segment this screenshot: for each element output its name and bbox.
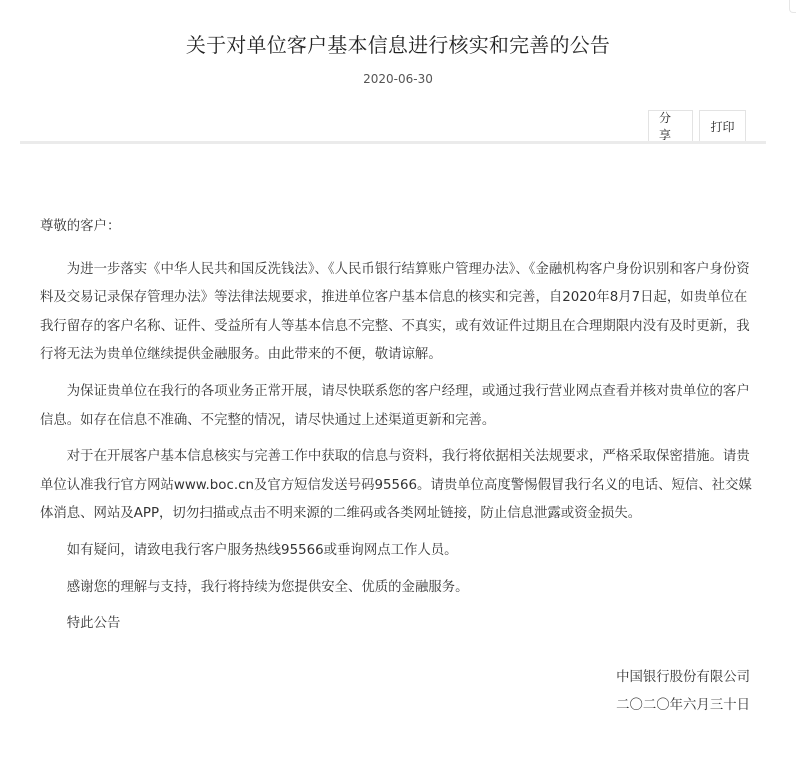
share-button[interactable]: 分享 bbox=[648, 110, 693, 141]
header-divider bbox=[20, 141, 766, 144]
paragraph-security-notice: 对于在开展客户基本信息核实与完善工作中获取的信息与资料，我行将依据相关法规要求，… bbox=[40, 443, 752, 529]
signature-date: 二〇二〇年六月三十日 bbox=[616, 692, 750, 720]
publish-date: 2020-06-30 bbox=[0, 70, 796, 88]
greeting: 尊敬的客户： bbox=[40, 213, 752, 242]
signature-block: 中国银行股份有限公司 二〇二〇年六月三十日 bbox=[616, 664, 750, 720]
paragraph-closing: 特此公告 bbox=[40, 610, 752, 639]
paragraph-contact-manager: 为保证贵单位在我行的各项业务正常开展，请尽快联系您的客户经理，或通过我行营业网点… bbox=[40, 378, 752, 435]
signature-organization: 中国银行股份有限公司 bbox=[616, 664, 750, 692]
scrollbar-corner bbox=[789, 0, 796, 13]
print-button[interactable]: 打印 bbox=[699, 110, 746, 141]
article-body: 尊敬的客户： 为进一步落实《中华人民共和国反洗钱法》、《人民币银行结算账户管理办… bbox=[40, 213, 752, 647]
article-toolbar: 分享 打印 bbox=[648, 110, 746, 141]
paragraph-hotline: 如有疑问，请致电我行客户服务热线95566或垂询网点工作人员。 bbox=[40, 537, 752, 566]
paragraph-legal-basis: 为进一步落实《中华人民共和国反洗钱法》、《人民币银行结算账户管理办法》、《金融机… bbox=[40, 256, 752, 370]
page-title: 关于对单位客户基本信息进行核实和完善的公告 bbox=[0, 30, 796, 60]
paragraph-thanks: 感谢您的理解与支持，我行将持续为您提供安全、优质的金融服务。 bbox=[40, 574, 752, 603]
